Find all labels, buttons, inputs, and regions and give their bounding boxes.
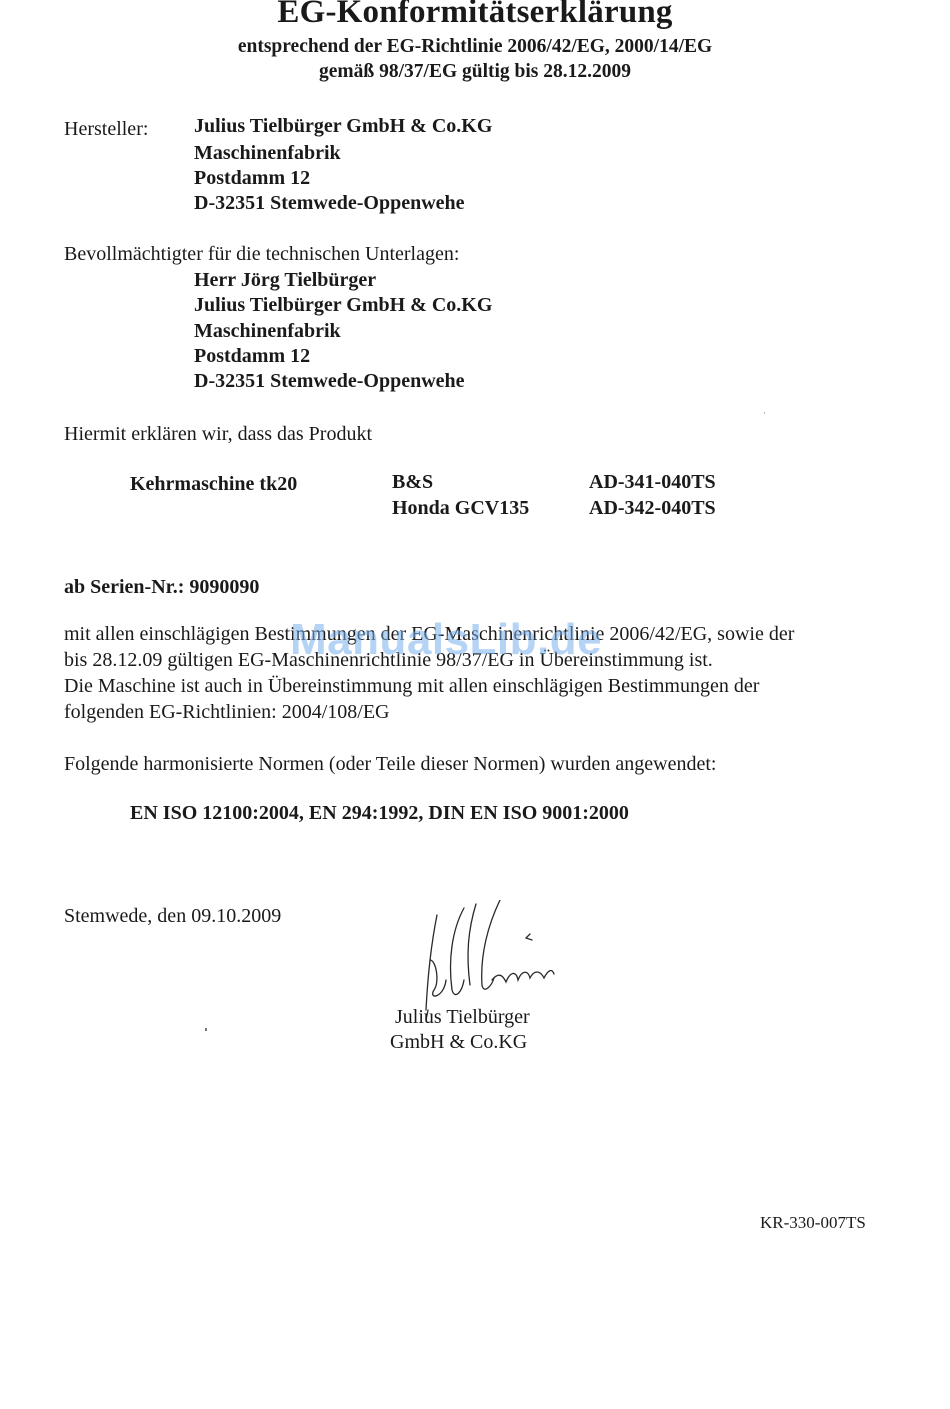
declaration-intro: Hiermit erklären wir, dass das Produkt — [64, 421, 372, 447]
scan-speck — [764, 412, 765, 414]
document-subtitle-line2: gemäß 98/37/EG gültig bis 28.12.2009 — [0, 61, 950, 83]
body-line: Die Maschine ist auch in Übereinstimmung… — [64, 673, 759, 699]
manufacturer-label: Hersteller: — [64, 116, 148, 142]
scan-speck — [205, 1028, 207, 1031]
norms-intro: Folgende harmonisierte Normen (oder Teil… — [64, 751, 716, 777]
manufacturer-line: Postdamm 12 — [194, 165, 310, 191]
signer-name: Julius Tielbürger — [395, 1004, 530, 1030]
document-subtitle-line1: entsprechend der EG-Richtlinie 2006/42/E… — [0, 36, 950, 58]
body-line: mit allen einschlägigen Bestimmungen der… — [64, 621, 794, 647]
body-line: bis 28.12.09 gültigen EG-Maschinenrichtl… — [64, 647, 713, 673]
representative-line: D-32351 Stemwede-Oppenwehe — [194, 368, 465, 394]
norms-list: EN ISO 12100:2004, EN 294:1992, DIN EN I… — [130, 800, 629, 826]
signer-company: GmbH & Co.KG — [390, 1029, 527, 1055]
variant-code: AD-341-040TS — [589, 469, 716, 495]
representative-line: Postdamm 12 — [194, 343, 310, 369]
document-code: KR-330-007TS — [760, 1210, 866, 1236]
representative-line: Maschinenfabrik — [194, 318, 341, 344]
place-date: Stemwede, den 09.10.2009 — [64, 903, 281, 929]
variant-engine: Honda GCV135 — [392, 495, 529, 521]
variant-engine: B&S — [392, 469, 433, 495]
representative-line: Julius Tielbürger GmbH & Co.KG — [194, 292, 492, 318]
signature-icon — [392, 900, 562, 1020]
manufacturer-line: D-32351 Stemwede-Oppenwehe — [194, 190, 465, 216]
serial-number: ab Serien-Nr.: 9090090 — [64, 574, 259, 600]
representative-label: Bevollmächtigter für die technischen Unt… — [64, 241, 459, 267]
variant-code: AD-342-040TS — [589, 495, 716, 521]
body-line: folgenden EG-Richtlinien: 2004/108/EG — [64, 699, 390, 725]
manufacturer-line: Julius Tielbürger GmbH & Co.KG — [194, 113, 492, 139]
manufacturer-line: Maschinenfabrik — [194, 140, 341, 166]
document-title: EG-Konformitätserklärung — [0, 0, 950, 31]
product-name: Kehrmaschine tk20 — [130, 471, 297, 497]
representative-line: Herr Jörg Tielbürger — [194, 267, 376, 293]
